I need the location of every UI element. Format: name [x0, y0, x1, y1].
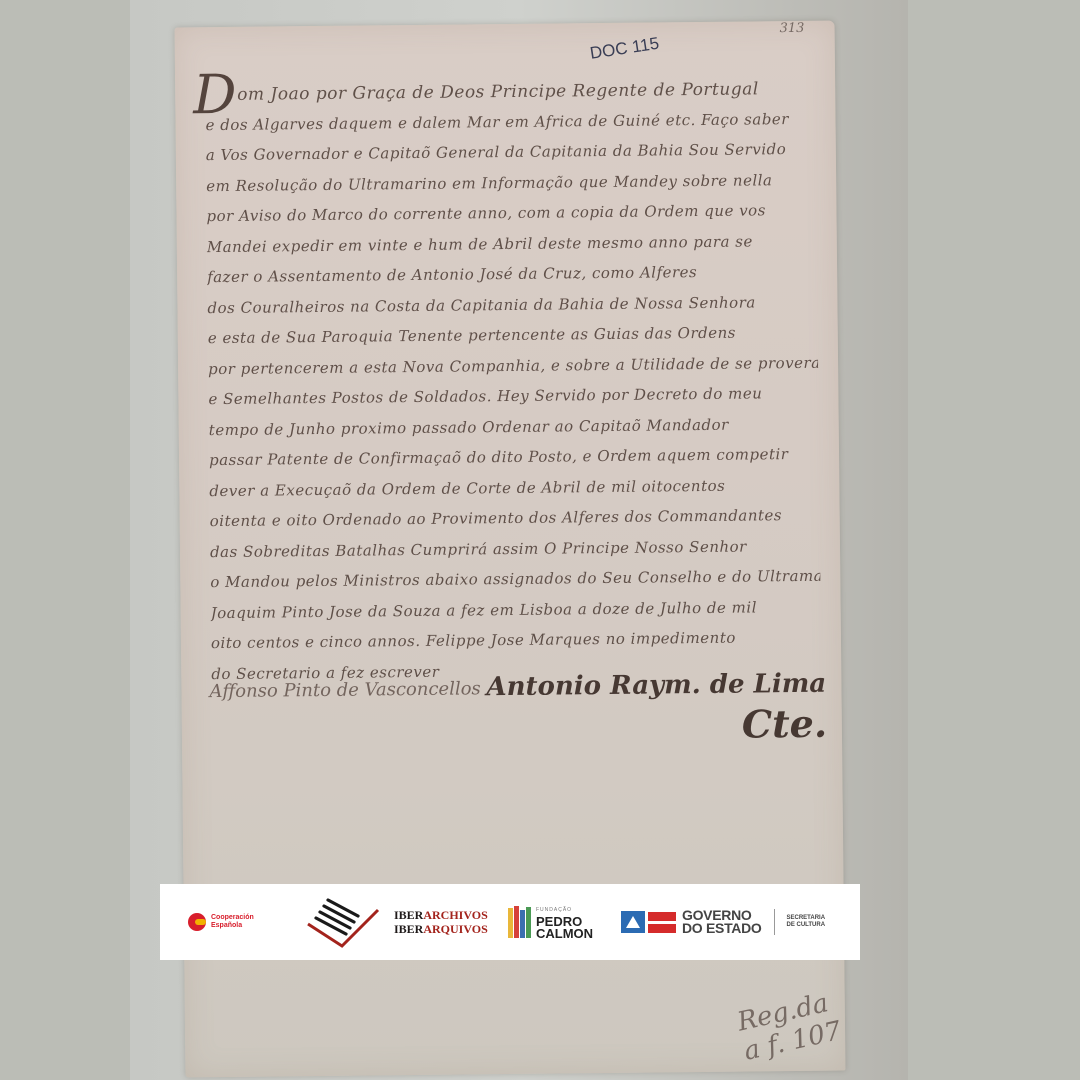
books-icon — [508, 906, 531, 938]
manuscript-line: e dos Algarves daquem e dalem Mar em Afr… — [205, 109, 815, 133]
iberarchivos-logo: IBERARCHIVOS IBERARQUIVOS — [296, 894, 496, 950]
manuscript-line: por pertencerem a esta Nova Companhia, e… — [208, 353, 818, 377]
manuscript-line: e Semelhantes Postos de Soldados. Hey Se… — [208, 384, 818, 408]
manuscript-line: das Sobreditas Batalhas Cumprirá assim O… — [210, 536, 820, 560]
manuscript-line: fazer o Assentamento de Antonio José da … — [207, 262, 817, 286]
cooperacion-line1: Cooperación — [211, 914, 254, 922]
manuscript-line: Joaquim Pinto Jose da Souza a fez em Lis… — [211, 597, 821, 621]
bahia-flag-icon — [621, 911, 676, 933]
signature-left: Affonso Pinto de Vasconcellos — [209, 678, 480, 702]
manuscript-line: passar Patente de Confirmaçaõ do dito Po… — [209, 445, 819, 469]
manuscript-line: tempo de Junho proximo passado Ordenar a… — [209, 414, 819, 438]
iber-line2-dark: IBER — [394, 922, 423, 936]
governo-bahia-logo: GOVERNO DO ESTADO SECRETARIA DE CULTURA — [611, 909, 825, 935]
manuscript-line: dever a Execuçaõ da Ordem de Corte de Ab… — [209, 475, 819, 499]
pedro-calmon-line2: CALMON — [536, 928, 593, 940]
document-number: DOC 115 — [589, 34, 661, 64]
governo-line2: DO ESTADO — [682, 922, 762, 935]
cooperacion-espanola-logo: Cooperación Española — [176, 913, 296, 931]
manuscript-line: a Vos Governador e Capitaõ General da Ca… — [206, 140, 816, 164]
manuscript-line: e esta de Sua Paroquia Tenente pertencen… — [208, 323, 818, 347]
manuscript-line: Mandei expedir em vinte e hum de Abril d… — [207, 231, 817, 255]
iber-line1-red: ARCHIVOS — [423, 908, 487, 922]
signature-right: Antonio Raym. de Lima — [486, 669, 826, 703]
cooperacion-line2: Española — [211, 922, 254, 930]
iber-line1-dark: IBER — [394, 908, 423, 922]
manuscript-line: om Joao por Graça de Deos Principe Regen… — [237, 78, 847, 104]
secretaria-line2: DE CULTURA — [787, 922, 826, 929]
manuscript-line: por Aviso do Marco do corrente anno, com… — [206, 201, 816, 225]
registry-note: Reg.da a f. 107 — [735, 985, 851, 1066]
manuscript-line: o Mandou pelos Ministros abaixo assignad… — [210, 567, 820, 591]
iberarchivos-mark-icon — [306, 894, 380, 950]
cooperacion-mark-icon — [188, 913, 206, 931]
fundacao-pedro-calmon-logo: FUNDAÇÃO PEDRO CALMON — [496, 904, 611, 940]
manuscript-line: oitenta e oito Ordenado ao Provimento do… — [210, 506, 820, 530]
signature-flourish: Cte. — [742, 701, 828, 747]
sponsor-banner: Cooperación Española IBERARCHIVOS IBERAR… — [160, 884, 860, 960]
iber-line2-red: ARQUIVOS — [423, 922, 487, 936]
manuscript-line: oito centos e cinco annos. Felippe Jose … — [211, 628, 821, 652]
manuscript-line: em Resolução do Ultramarino em Informaçã… — [206, 170, 816, 194]
page-number: 313 — [779, 21, 804, 36]
secretaria-line1: SECRETARIA — [787, 915, 826, 922]
manuscript-line: dos Couralheiros na Costa da Capitania d… — [207, 292, 817, 316]
divider — [774, 909, 775, 935]
